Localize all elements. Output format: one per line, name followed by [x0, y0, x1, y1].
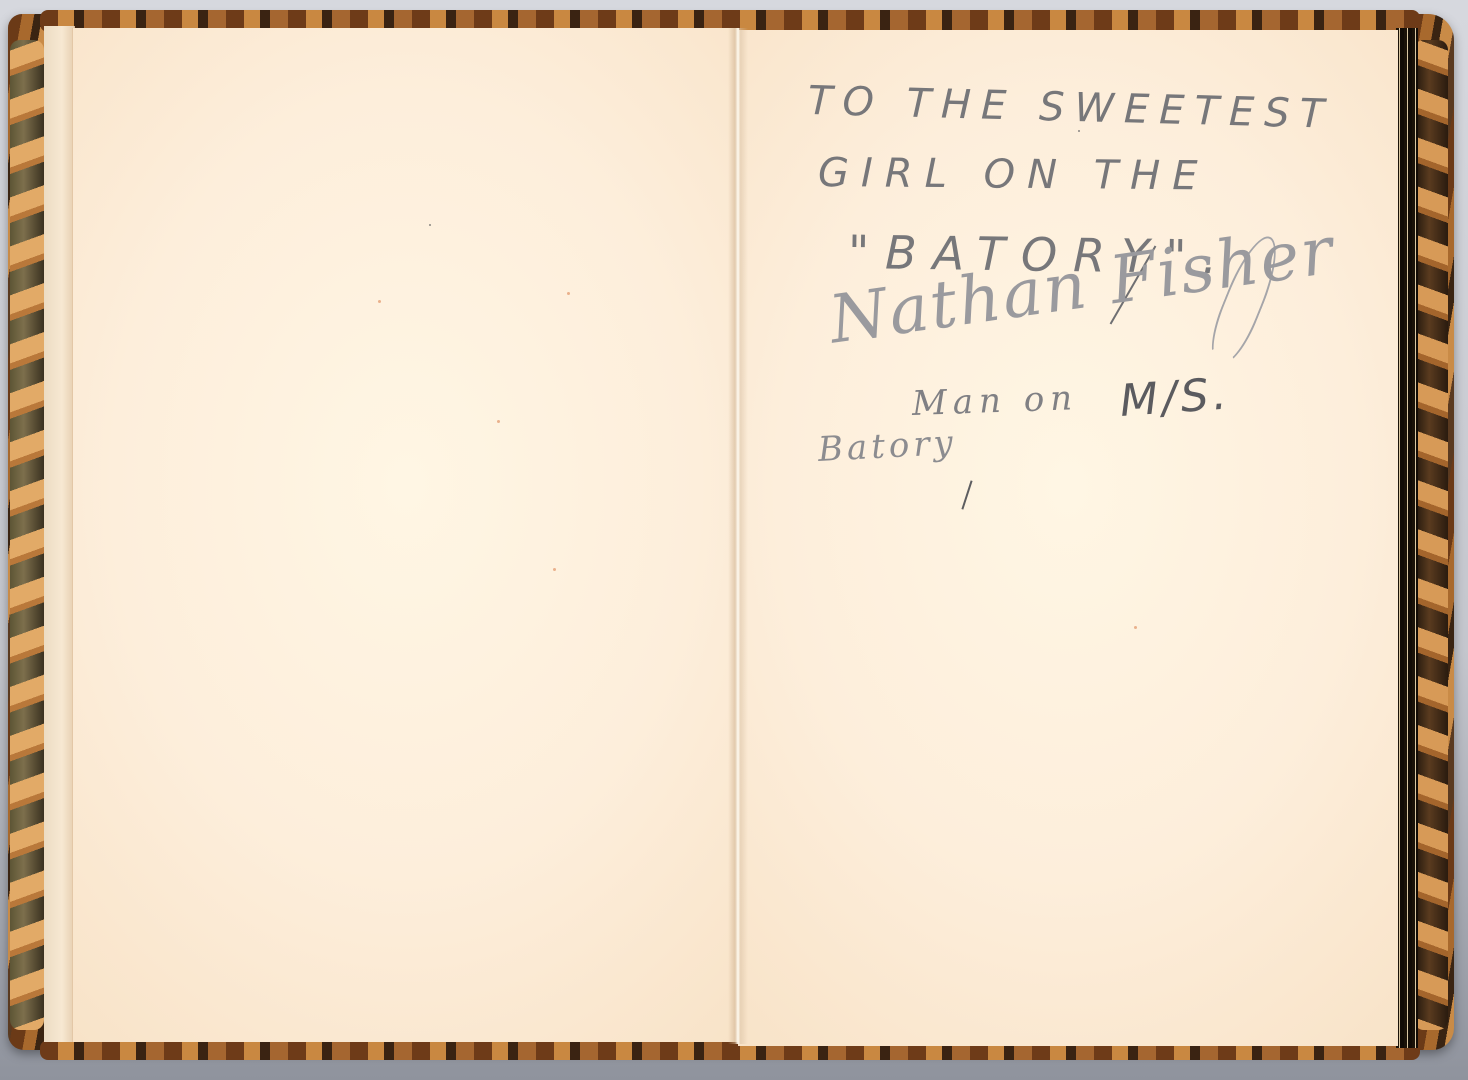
paper-fleck	[553, 568, 556, 571]
scene: TO THE SWEETEST GIRL ON THE "BATORY". Na…	[0, 0, 1468, 1080]
page-stack-right	[1396, 28, 1418, 1048]
cover-lace-left	[10, 40, 44, 1030]
paper-fleck	[429, 224, 431, 226]
book-gutter	[728, 28, 748, 1044]
page-stack-left	[44, 26, 75, 1042]
inscription-line-2: GIRL ON THE	[818, 150, 1210, 199]
paper-fleck	[497, 420, 500, 423]
cover-lace-right	[1414, 40, 1448, 1030]
paper-fleck	[567, 292, 570, 295]
inscription-line-6: Batory	[817, 423, 958, 470]
paper-fleck	[378, 300, 381, 303]
inscription-ship-prefix: M/S.	[1118, 368, 1232, 427]
left-page	[72, 28, 739, 1042]
inscription-line-5: Man on	[911, 378, 1078, 424]
paper-fleck	[1134, 626, 1137, 629]
